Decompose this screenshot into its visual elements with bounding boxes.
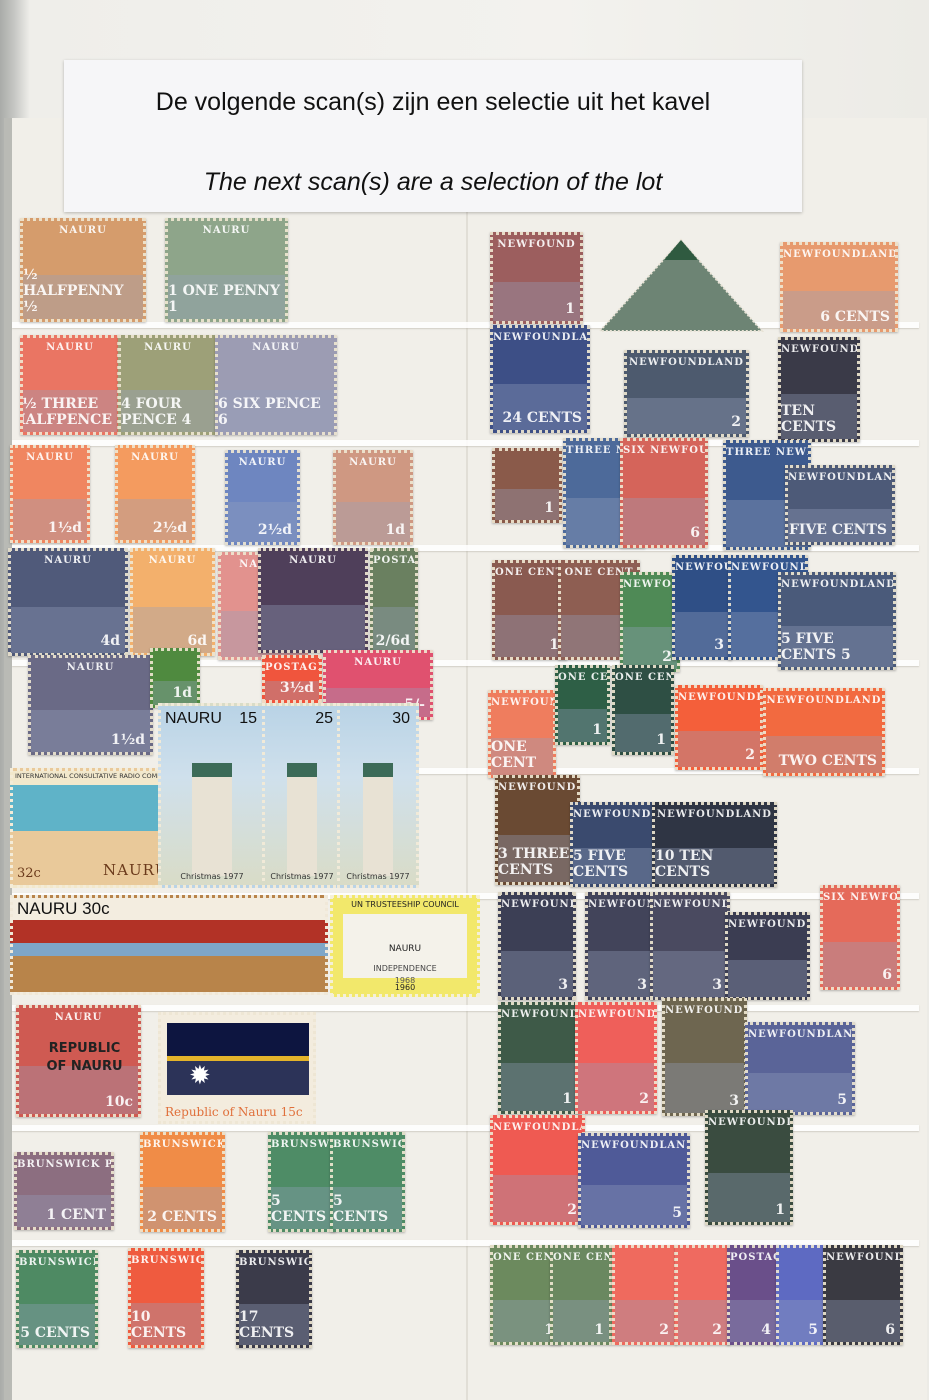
stamp: NAURU1 ONE PENNY 1 bbox=[165, 218, 288, 322]
stamp-title: NEWFOUNDLAND bbox=[781, 344, 857, 355]
stamp: ONE CENT1 bbox=[555, 665, 610, 745]
stamp-value: 2 bbox=[731, 414, 741, 430]
stamp-title: NEWFOUNDLAND bbox=[627, 357, 746, 368]
stamp-title: ONE CENT bbox=[615, 672, 671, 683]
stamp-value: 1 bbox=[565, 301, 575, 317]
stamp-title: NAURU bbox=[336, 457, 410, 468]
stamp-title: NAURU bbox=[228, 457, 297, 468]
stamp-christmas-30: 30 Christmas 1977 bbox=[337, 703, 419, 888]
stamp-title: NEWFOUNDLAND bbox=[728, 919, 807, 930]
stamp-value: 1 bbox=[592, 722, 602, 738]
stamp-title: POSTAGE bbox=[265, 662, 319, 673]
stamp-nauru-30c: NAURU 30c bbox=[10, 895, 328, 995]
stamp: NEWFOUNDLAND6 CENTS bbox=[780, 242, 898, 332]
stamp: 1d bbox=[150, 648, 200, 708]
stamp: BRUNSWICK POSTAGE5 CENTS bbox=[268, 1132, 336, 1232]
stamp-title: NAURU bbox=[133, 555, 212, 566]
stamp-nauru-flag: ✹ Republic of Nauru 15c bbox=[158, 1012, 316, 1124]
stamp-title: NAURU bbox=[31, 662, 150, 673]
stamp: NEWFOUNDLAND3 bbox=[585, 892, 655, 1000]
stamp-value: 17 CENTS bbox=[239, 1309, 304, 1341]
stamp-value: 2 bbox=[639, 1091, 649, 1107]
stamp-title: NEWFOUNDLAND bbox=[783, 249, 895, 260]
stamp: NEWFOUNDLAND3 bbox=[650, 892, 730, 1000]
stamp: NAURU2½d bbox=[225, 450, 300, 545]
stamp-triangle-three-pence bbox=[598, 238, 764, 333]
stamp-value: 1d bbox=[385, 522, 405, 538]
stamp-value: 6 bbox=[885, 1322, 895, 1338]
stamp: BRUNSWICK POSTAGE5 CENTS bbox=[16, 1250, 98, 1348]
stamp-title: BRUNSWICK POSTAGE bbox=[131, 1255, 201, 1266]
stamp-value: 1d bbox=[172, 685, 192, 701]
stamp-title: NAURU bbox=[121, 342, 215, 353]
stamp: BRUNSWICK POSTAGE17 CENTS bbox=[236, 1250, 312, 1348]
stamp-value: 6 bbox=[882, 967, 892, 983]
stamp: NEWFOUNDLAND24 CENTS bbox=[490, 325, 590, 433]
stamp-title: POSTAGE bbox=[730, 1252, 776, 1263]
stamp-title: NAURU bbox=[23, 225, 143, 236]
stamp: NEWFOUNDLAND2 bbox=[490, 1115, 585, 1225]
stamp: NEWFOUNDLAND3 bbox=[662, 998, 747, 1116]
stamp: 5 bbox=[776, 1245, 826, 1345]
stamp-value: TWO CENTS bbox=[779, 753, 877, 769]
stamp: NEWFOUNDLAND2 bbox=[575, 1002, 657, 1114]
stamp: NAURU6 SIX PENCE 6 bbox=[215, 335, 337, 435]
stamp: NEWFOUNDLAND1 bbox=[705, 1110, 793, 1225]
stamp: NAURU½ HALFPENNY ½ bbox=[20, 218, 146, 322]
stamp-value: 6d bbox=[187, 633, 207, 649]
stamp: ONE CENT1 bbox=[612, 665, 674, 755]
notice-dutch: De volgende scan(s) zijn een selectie ui… bbox=[64, 88, 802, 117]
stamp: NAURU1½d bbox=[28, 655, 153, 755]
stamp: NAURU1d bbox=[333, 450, 413, 545]
stamp: NEWFOUNDLAND5 FIVE CENTS 5 bbox=[778, 572, 896, 670]
stamp-title: NEWFOUNDLAND bbox=[588, 899, 652, 910]
stamp-value: 10c bbox=[105, 1094, 133, 1110]
stamp: NEWFOUNDLAND3 THREE CENTS bbox=[495, 775, 580, 885]
stamp-value: 5 FIVE CENTS 5 bbox=[781, 631, 888, 663]
stamp-value: 6 SIX PENCE 6 bbox=[218, 396, 329, 428]
stamp-value: 2 bbox=[745, 747, 755, 763]
stamp: NAURU bbox=[258, 548, 368, 653]
stamp-value: 5 CENTS bbox=[333, 1193, 397, 1225]
stamp: 1 bbox=[492, 448, 562, 523]
stamp-value: 4 bbox=[761, 1322, 771, 1338]
stamp-value: FIVE CENTS bbox=[789, 522, 887, 538]
stamp-title: NAURU bbox=[23, 342, 117, 353]
stamp: NEWFOUNDLANDTWO CENTS bbox=[763, 688, 885, 776]
stamp-value: 3 bbox=[729, 1093, 739, 1109]
stamp-value: 2 CENTS bbox=[147, 1209, 217, 1225]
stamp-value: 24 CENTS bbox=[503, 410, 583, 426]
photo-background: NAURU½ HALFPENNY ½NAURU1 ONE PENNY 1NAUR… bbox=[0, 0, 929, 1400]
stamp-title: NEWFOUNDLAND bbox=[581, 1140, 687, 1151]
stamp-title: BRUNSWICK POSTAGE bbox=[239, 1257, 309, 1268]
stamp: NEWFOUNDLAND2 bbox=[620, 572, 680, 672]
stamp: SIX NEWFOUNDLAND6 bbox=[620, 438, 708, 548]
stamp-value: 2½d bbox=[153, 520, 187, 536]
stamp: NAURU4d bbox=[8, 548, 128, 656]
stamp-value: ½ HALFPENNY ½ bbox=[23, 267, 138, 315]
stamp: 2 bbox=[675, 1245, 730, 1345]
stamp-title: NEWFOUNDLAND bbox=[501, 899, 573, 910]
stamp-title: NEWFOUNDLAND bbox=[826, 1252, 900, 1263]
stamp-value: 5 CENTS bbox=[20, 1325, 90, 1341]
stamp-title: POSTAGE bbox=[373, 555, 415, 566]
stamp-value: 1 bbox=[544, 500, 554, 516]
stamp-value: 1 bbox=[656, 732, 666, 748]
stamp-value: 3 bbox=[637, 977, 647, 993]
stamp-title: NEWFOUNDLAND bbox=[653, 899, 727, 910]
stamp-value: 2½d bbox=[258, 522, 292, 538]
stamp: POSTAGE2/6d bbox=[370, 548, 418, 656]
stamp: NEWFOUNDLANDONE CENT bbox=[488, 690, 556, 778]
stamp-value: 3 bbox=[558, 977, 568, 993]
stamp-value: ONE CENT bbox=[491, 739, 548, 771]
stamp: NEWFOUNDLAND2 bbox=[675, 685, 763, 770]
stamp: NAURU2½d bbox=[115, 445, 195, 543]
stamp: NEWFOUNDLAND2 bbox=[624, 350, 749, 437]
stamp-value: 1 bbox=[775, 1202, 785, 1218]
stamp-title: NAURU bbox=[326, 657, 430, 668]
stamp: NAURU6d bbox=[130, 548, 215, 656]
stamp-title: NEWFOUNDLAND bbox=[623, 579, 677, 590]
stamp: BRUNSWICK POSTAGE10 CENTS bbox=[128, 1248, 204, 1348]
stamp-title: NEWFOUNDLAND bbox=[578, 1009, 654, 1020]
stamp: NEWFOUNDLAND1 bbox=[498, 1002, 580, 1114]
stamp-title: NEWFOUNDLAND bbox=[748, 1029, 852, 1040]
stamp: NEWFOUNDLANDTEN CENTS bbox=[778, 337, 860, 442]
lot-notice-label: De volgende scan(s) zijn een selectie ui… bbox=[64, 60, 802, 212]
church-illustration bbox=[192, 763, 233, 875]
stamp-value: 3 THREE CENTS bbox=[498, 846, 572, 878]
stamp-christmas-15: NAURU 15 Christmas 1977 bbox=[158, 703, 266, 888]
stamp: NEWFOUNDLAND5 bbox=[578, 1133, 690, 1228]
stamp-title: BRUNSWICK POSTAGE bbox=[271, 1139, 333, 1150]
stamp: 2 bbox=[612, 1245, 677, 1345]
stamp-value: 1½d bbox=[111, 732, 145, 748]
star-icon: ✹ bbox=[189, 1061, 211, 1091]
stamp-title: ONE CENT bbox=[553, 1252, 609, 1263]
stamp-value: 6 CENTS bbox=[820, 309, 890, 325]
stamp-title: NEWFOUNDLAND bbox=[493, 1122, 582, 1133]
stamp: NEWFOUNDLAND10 TEN CENTS bbox=[652, 802, 777, 887]
church-illustration bbox=[287, 763, 317, 875]
nauru-flag: ✹ bbox=[167, 1023, 309, 1095]
stamp-value: 1 bbox=[562, 1091, 572, 1107]
stamp: ONE CENT1 bbox=[550, 1245, 612, 1345]
stamp-value: 6 bbox=[690, 525, 700, 541]
stamp: NAURU4 FOUR PENCE 4 bbox=[118, 335, 218, 435]
stamp: ONE CENT1 bbox=[492, 560, 567, 660]
stamp-value: 5 FIVE CENTS bbox=[573, 848, 647, 880]
stamp: BRUNSWICK POSTAGE1 CENT bbox=[14, 1152, 114, 1230]
stamp-value: 1½d bbox=[48, 520, 82, 536]
stamp: NEWFOUNDLAND5 FIVE CENTS bbox=[570, 802, 655, 887]
stamp-title: BRUNSWICK POSTAGE bbox=[19, 1257, 95, 1268]
stamp-title: NAURU bbox=[19, 1012, 138, 1023]
stamp-title: THREE NEWFOUNDLAND bbox=[726, 447, 808, 458]
stamp-value: 2 bbox=[712, 1322, 722, 1338]
stamp: NAURU1½ THREE HALFPENCE bbox=[20, 335, 120, 435]
stamp-title: NEWFOUNDLAND bbox=[766, 695, 882, 706]
stamp-title: ONE CENT bbox=[558, 672, 607, 683]
stamp-christmas-25: 25 Christmas 1977 bbox=[262, 703, 342, 888]
stamp-title: NEWFOUNDLAND bbox=[493, 332, 587, 343]
stamp-title: NAURU bbox=[11, 555, 125, 566]
stamp-title: NEWFOUNDLAND bbox=[665, 1005, 744, 1016]
church-illustration bbox=[363, 763, 393, 875]
stamp: BRUNSWICK POSTAGE5 CENTS bbox=[330, 1132, 405, 1232]
stamp-value: 4 FOUR PENCE 4 bbox=[121, 396, 210, 428]
stamp-value: 5 CENTS bbox=[271, 1193, 328, 1225]
stamp-value: 1 ONE PENNY 1 bbox=[168, 283, 280, 315]
stamp: NEWFOUND1 bbox=[490, 232, 583, 324]
stamp-overprint: REPUBLIC OF NAURU bbox=[39, 1040, 130, 1076]
stamp-value: 2 bbox=[662, 649, 672, 665]
stamp: NAURU10cREPUBLIC OF NAURU bbox=[16, 1005, 141, 1117]
stamp: NEWFOUNDLAND3 bbox=[498, 892, 576, 1000]
page-gutter bbox=[466, 205, 468, 1400]
stamp-title: BRUNSWICK POSTAGE bbox=[17, 1159, 111, 1170]
stamp-value: 3 bbox=[712, 977, 722, 993]
stamp-title: BRUNSWICK POSTAGE bbox=[143, 1139, 222, 1150]
stamp-un-trusteeship: UN TRUSTEESHIP COUNCIL NAURU INDEPENDENC… bbox=[330, 895, 480, 997]
stamp-value: 1 bbox=[594, 1322, 604, 1338]
stamp-title: BRUNSWICK POSTAGE bbox=[333, 1139, 402, 1150]
stamp-title: NEWFOUND bbox=[493, 239, 580, 250]
stamp-value: 5 bbox=[808, 1322, 818, 1338]
stamp-title: NEWFOUNDLAND bbox=[675, 562, 729, 573]
stamp-value: 2 bbox=[659, 1322, 669, 1338]
stamp-value: 4d bbox=[100, 633, 120, 649]
stamp-title: ONE CENT bbox=[495, 567, 564, 578]
stamp-title: NEWFOUNDLAND bbox=[491, 697, 553, 708]
stamp-value: 1½ THREE HALFPENCE bbox=[20, 396, 112, 428]
stamp: POSTAGE4 bbox=[727, 1245, 779, 1345]
stamp-value: 5 bbox=[837, 1092, 847, 1108]
stamp-title: NEWFOUNDLAND bbox=[781, 579, 893, 590]
notice-english: The next scan(s) are a selection of the … bbox=[64, 168, 802, 197]
stamp-title: NAURU bbox=[261, 555, 365, 566]
stamp-value: 2 bbox=[567, 1202, 577, 1218]
stamp-title: NAURU bbox=[13, 452, 87, 463]
stamp-title: NEWFOUNDLAND bbox=[678, 692, 760, 703]
stamp: NEWFOUNDLAND3 bbox=[672, 555, 732, 660]
stamp: SIX NEWFOUNDLAND6 bbox=[820, 885, 900, 990]
stamp: NEWFOUNDLAND bbox=[725, 912, 810, 1000]
stamp-value: 5 bbox=[672, 1205, 682, 1221]
stamp-title: NEWFOUNDLAND bbox=[708, 1117, 790, 1128]
stamp-title: NEWFOUNDLAND bbox=[501, 1009, 577, 1020]
stamp-value: 3 bbox=[714, 637, 724, 653]
stamp: NEWFOUNDLANDFIVE CENTS bbox=[785, 465, 895, 545]
stamp-title: NAURU bbox=[118, 452, 192, 463]
stamp-value: 10 CENTS bbox=[131, 1309, 196, 1341]
stamp-value: 3½d bbox=[280, 680, 314, 696]
stamp-title: NEWFOUNDLAND bbox=[573, 809, 652, 820]
stamp: NAURU1½d bbox=[10, 445, 90, 543]
stamp-title: NEWFOUNDLAND bbox=[788, 472, 892, 483]
stamp: NEWFOUNDLAND5 bbox=[745, 1022, 855, 1115]
stamp: POSTAGE3½d bbox=[262, 655, 322, 703]
stamp-title: NEWFOUNDLAND bbox=[498, 782, 577, 793]
stamp-value: 1 CENT bbox=[46, 1207, 106, 1223]
stamp-title: NAURU bbox=[218, 342, 334, 353]
stamp-title: SIX NEWFOUNDLAND bbox=[823, 892, 897, 903]
stamp-value: TEN CENTS bbox=[781, 403, 852, 435]
stamp-title: NAURU bbox=[168, 225, 285, 236]
stamp-title: SIX NEWFOUNDLAND bbox=[623, 445, 705, 456]
stamp-title: NEWFOUNDLAND bbox=[655, 809, 774, 820]
stamp-value: 10 TEN CENTS bbox=[655, 848, 769, 880]
stamp-value: 2/6d bbox=[376, 633, 410, 649]
stamp: BRUNSWICK POSTAGE2 CENTS bbox=[140, 1132, 225, 1232]
stamp: NEWFOUNDLAND6 bbox=[823, 1245, 903, 1345]
